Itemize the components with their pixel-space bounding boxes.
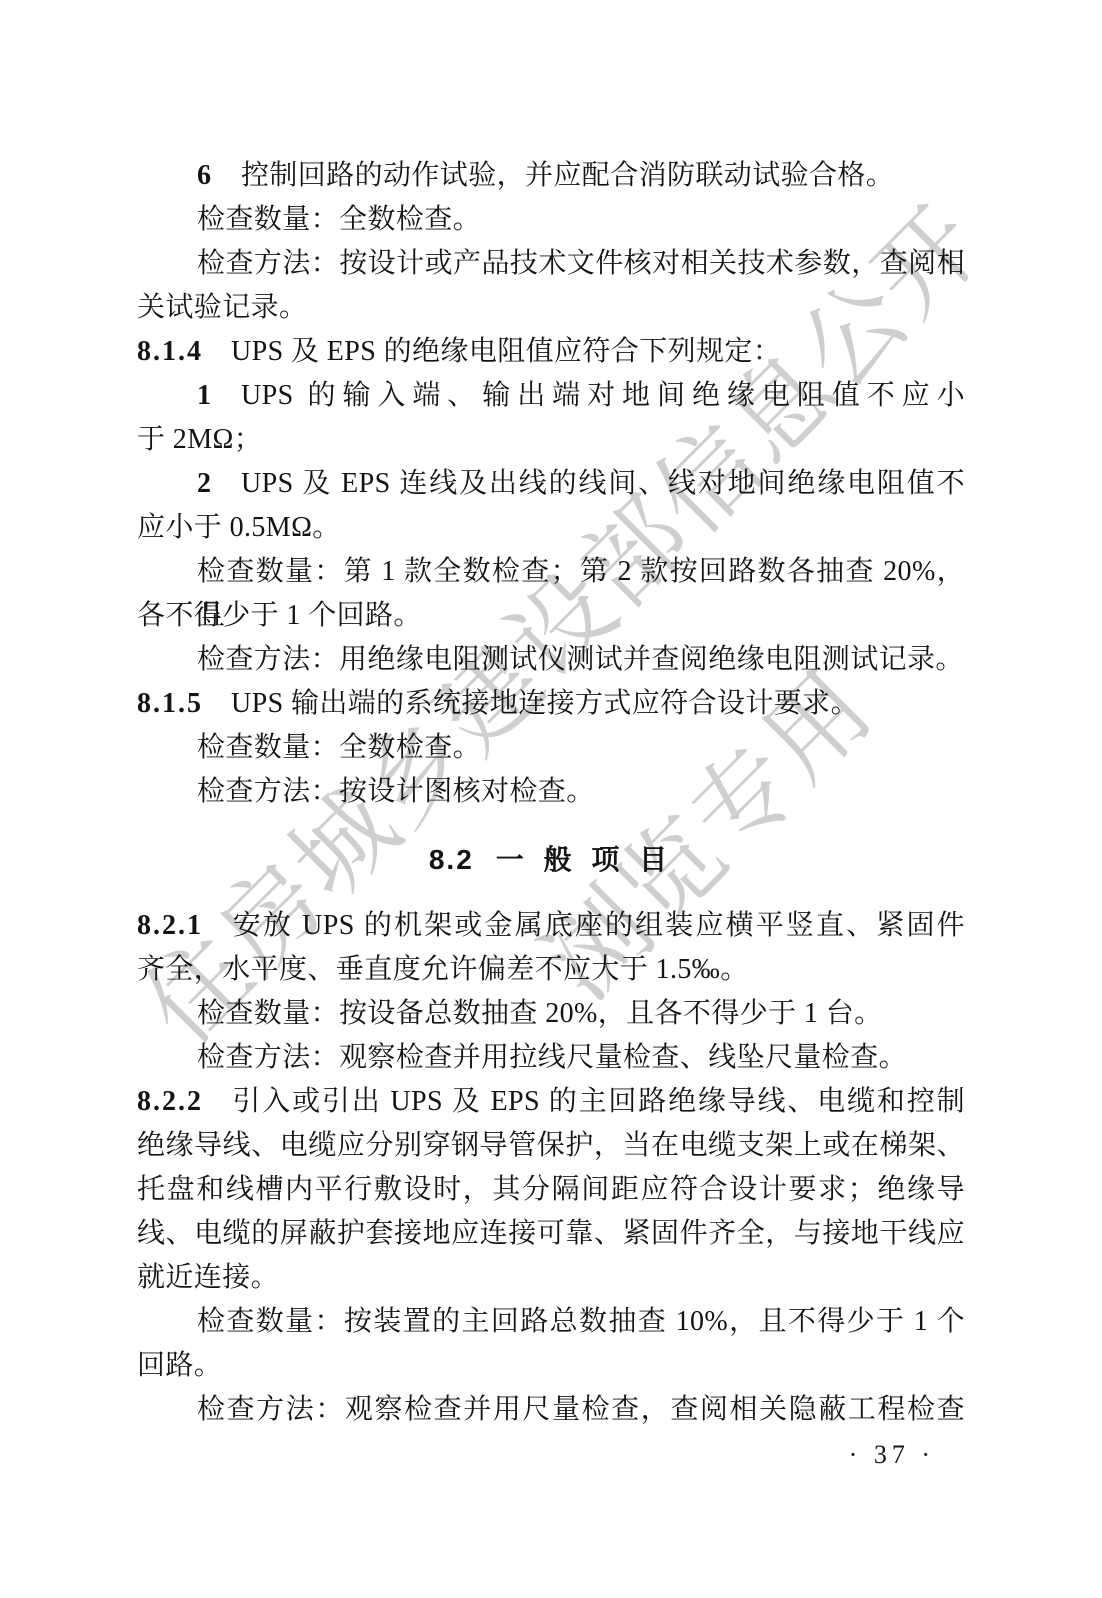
line-text: UPS 及 EPS 连线及出线的线间、线对地间绝缘电阻值不: [241, 468, 965, 499]
line-text: 检查方法：按设计图核对检查。: [197, 776, 595, 807]
text-line: 检查数量：全数检查。: [137, 198, 965, 242]
clause-number: 8.2.2: [137, 1086, 203, 1117]
text-line: 应小于 0.5MΩ。: [137, 506, 965, 550]
text-line: 齐全，水平度、垂直度允许偏差不应大于 1.5‰。: [137, 948, 965, 992]
line-text: UPS 的输入端、输出端对地间绝缘电阻值不应小: [241, 380, 965, 411]
text-line: 6控制回路的动作试验，并应配合消防联动试验合格。: [137, 154, 965, 198]
line-text: 检查方法：观察检查并用尺量检查，查阅相关隐蔽工程检查: [197, 1394, 965, 1425]
line-text: 检查数量：全数检查。: [197, 204, 481, 235]
clause-number: 8.1.4: [137, 336, 203, 367]
text-line: 绝缘导线、电缆应分别穿钢导管保护，当在电缆支架上或在梯架、: [137, 1124, 965, 1168]
text-line: 1UPS 的输入端、输出端对地间绝缘电阻值不应小: [137, 374, 965, 418]
text-line: 检查数量：按装置的主回路总数抽查 10%，且不得少于 1 个: [137, 1300, 965, 1344]
text-line: 8.1.4UPS 及 EPS 的绝缘电阻值应符合下列规定：: [137, 330, 965, 374]
text-line: 8.1.5UPS 输出端的系统接地连接方式应符合设计要求。: [137, 682, 965, 726]
line-text: 就近连接。: [137, 1262, 279, 1293]
clause-number: 1: [197, 380, 213, 411]
text-line: 检查数量：第 1 款全数检查；第 2 款按回路数各抽查 20%，且: [137, 550, 965, 594]
text-line: 检查方法：用绝缘电阻测试仪测试并查阅绝缘电阻测试记录。: [137, 638, 965, 682]
section-heading-number: 8.2: [429, 844, 474, 875]
clause-number: 6: [197, 160, 213, 191]
line-text: 关试验记录。: [137, 292, 307, 323]
text-line: 2UPS 及 EPS 连线及出线的线间、线对地间绝缘电阻值不: [137, 462, 965, 506]
line-text: 控制回路的动作试验，并应配合消防联动试验合格。: [241, 160, 894, 191]
text-line: 关试验记录。: [137, 286, 965, 330]
line-text: 检查数量：按装置的主回路总数抽查 10%，且不得少于 1 个: [197, 1306, 965, 1337]
line-text: 检查数量：全数检查。: [197, 732, 481, 763]
line-text: 检查数量：按设备总数抽查 20%，且各不得少于 1 台。: [197, 998, 883, 1029]
text-line: 8.2.2引入或引出 UPS 及 EPS 的主回路绝缘导线、电缆和控制: [137, 1080, 965, 1124]
body-text: 6控制回路的动作试验，并应配合消防联动试验合格。 检查数量：全数检查。 检查方法…: [137, 154, 965, 1432]
line-text: 检查方法：用绝缘电阻测试仪测试并查阅绝缘电阻测试记录。: [197, 644, 964, 675]
line-text: 检查方法：观察检查并用拉线尺量检查、线坠尺量检查。: [197, 1042, 907, 1073]
text-line: 各不得少于 1 个回路。: [137, 594, 965, 638]
line-text: UPS 输出端的系统接地连接方式应符合设计要求。: [231, 688, 859, 719]
text-line: 8.2.1安放 UPS 的机架或金属底座的组装应横平竖直、紧固件: [137, 904, 965, 948]
document-page: { "watermark": { "line1": "住房城乡建设部信息公开",…: [0, 0, 1102, 1598]
line-text: 齐全，水平度、垂直度允许偏差不应大于 1.5‰。: [137, 954, 749, 985]
line-text: 于 2MΩ；: [137, 424, 262, 455]
text-line: 检查数量：全数检查。: [137, 726, 965, 770]
section-heading: 8.2一 般 项 目: [137, 838, 965, 882]
text-line: 检查数量：按设备总数抽查 20%，且各不得少于 1 台。: [137, 992, 965, 1036]
text-line: 回路。: [137, 1344, 965, 1388]
line-text: 应小于 0.5MΩ。: [137, 512, 341, 543]
section-heading-title: 一 般 项 目: [496, 844, 673, 875]
text-line: 检查方法：按设计图核对检查。: [137, 770, 965, 814]
text-line: 托盘和线槽内平行敷设时，其分隔间距应符合设计要求；绝缘导: [137, 1168, 965, 1212]
line-text: 引入或引出 UPS 及 EPS 的主回路绝缘导线、电缆和控制: [231, 1086, 965, 1117]
line-text: 安放 UPS 的机架或金属底座的组装应横平竖直、紧固件: [231, 910, 965, 941]
text-line: 线、电缆的屏蔽护套接地应连接可靠、紧固件齐全，与接地干线应: [137, 1212, 965, 1256]
page-number: · 37 ·: [849, 1442, 935, 1468]
line-text: 回路。: [137, 1350, 222, 1381]
line-text: 各不得少于 1 个回路。: [137, 600, 422, 631]
text-line: 于 2MΩ；: [137, 418, 965, 462]
line-text: 检查方法：按设计或产品技术文件核对相关技术参数，查阅相: [197, 248, 965, 279]
text-line: 检查方法：观察检查并用拉线尺量检查、线坠尺量检查。: [137, 1036, 965, 1080]
line-text: UPS 及 EPS 的绝缘电阻值应符合下列规定：: [231, 336, 781, 367]
line-text: 绝缘导线、电缆应分别穿钢导管保护，当在电缆支架上或在梯架、: [137, 1130, 965, 1161]
line-text: 线、电缆的屏蔽护套接地应连接可靠、紧固件齐全，与接地干线应: [137, 1218, 965, 1249]
clause-number: 8.1.5: [137, 688, 203, 719]
text-line: 检查方法：按设计或产品技术文件核对相关技术参数，查阅相: [137, 242, 965, 286]
clause-number: 2: [197, 468, 213, 499]
text-line: 就近连接。: [137, 1256, 965, 1300]
clause-number: 8.2.1: [137, 910, 203, 941]
text-line: 检查方法：观察检查并用尺量检查，查阅相关隐蔽工程检查: [137, 1388, 965, 1432]
line-text: 托盘和线槽内平行敷设时，其分隔间距应符合设计要求；绝缘导: [137, 1174, 965, 1205]
